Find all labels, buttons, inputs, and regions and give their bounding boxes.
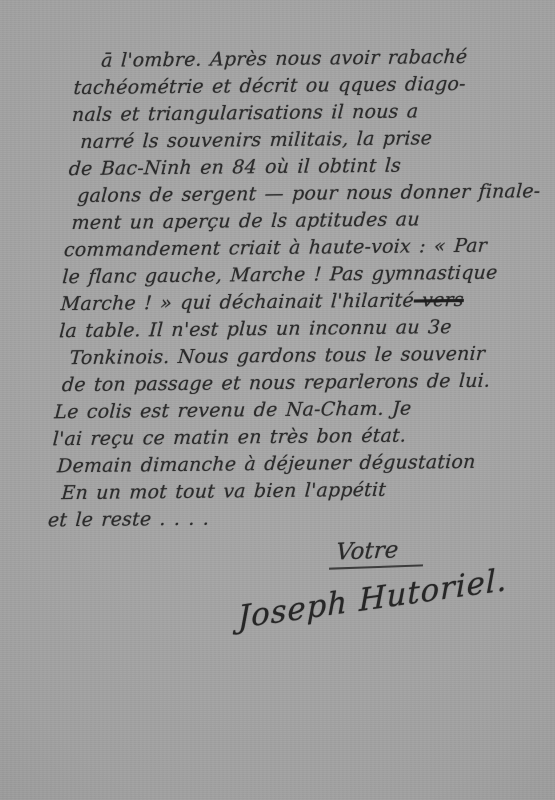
handwritten-line-text: Le colis est revenu de Na-Cham. Je — [54, 397, 412, 423]
handwritten-line-text: la table. Il n'est plus un inconnu au 3e — [59, 316, 453, 342]
handwritten-line-text: et le reste . . . . — [47, 508, 210, 532]
letter-body: ā l'ombre. Après nous avoir rabachétaché… — [47, 43, 536, 534]
handwritten-line-text: Marche ! » qui déchainait l'hilarité — [60, 289, 414, 315]
handwritten-line-text: Tonkinois. Nous gardons tous le souvenir — [69, 343, 486, 369]
handwritten-line-text: commandement criait à haute-voix : « Par — [63, 235, 487, 261]
handwritten-line-text: de ton passage et nous reparlerons de lu… — [61, 370, 491, 396]
handwritten-line-text: Demain dimanche à déjeuner dégustation — [56, 451, 476, 477]
handwritten-line-text: le flanc gauche, Marche ! Pas gymnastiqu… — [62, 262, 498, 289]
handwritten-line-text: de Bac-Ninh en 84 où il obtint ls — [68, 155, 402, 180]
handwritten-line-text: nals et triangularisations il nous a — [71, 100, 419, 126]
handwritten-line: de ton passage et nous reparlerons de lu… — [61, 367, 517, 399]
handwritten-line-text: tachéométrie et décrit ou qques diago- — [73, 73, 466, 99]
handwritten-line-text: galons de sergent — pour nous donner fin… — [77, 180, 542, 207]
signature: Joseph Hutoriel. — [238, 562, 507, 636]
handwritten-line: galons de sergent — pour nous donner fin… — [76, 178, 528, 210]
handwritten-line-text: En un mot tout va bien l'appétit — [61, 479, 387, 504]
handwritten-line-text: ā l'ombre. Après nous avoir rabaché — [101, 46, 468, 72]
handwritten-line-text: narré ls souvenirs militais, la prise — [80, 127, 433, 153]
handwritten-line-text: l'ai reçu ce matin en très bon état. — [52, 425, 407, 451]
closing-word: Votre — [329, 536, 425, 569]
crossed-out-word: vers — [413, 289, 464, 312]
letter-photograph: ā l'ombre. Après nous avoir rabachétaché… — [0, 0, 555, 800]
handwritten-line: et le reste . . . . — [47, 502, 509, 534]
handwritten-line-text: ment un aperçu de ls aptitudes au — [71, 208, 420, 234]
handwritten-line: Demain dimanche à déjeuner dégustation — [56, 448, 512, 480]
